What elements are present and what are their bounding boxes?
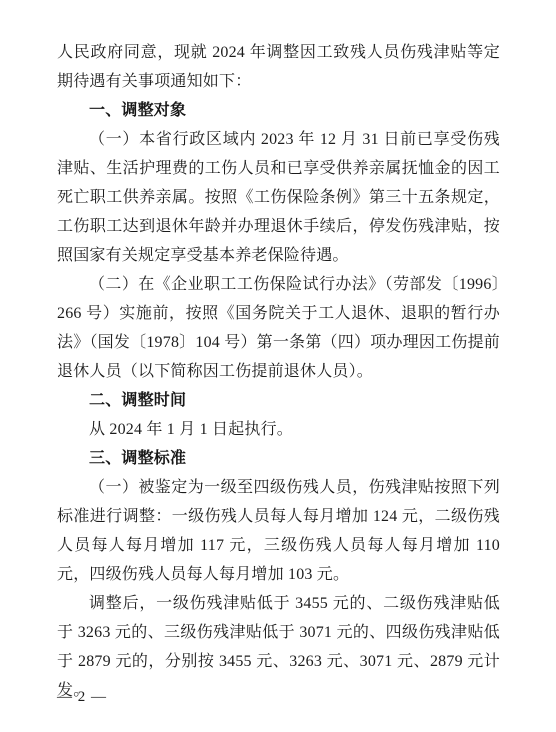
- section-1-paragraph-1: （一）本省行政区域内 2023 年 12 月 31 日前已享受伤残津贴、生活护理…: [57, 125, 500, 270]
- section-2-heading: 二、调整时间: [57, 386, 500, 415]
- document-page: 人民政府同意，现就 2024 年调整因工致残人员伤残津贴等定期待遇有关事项通知如…: [0, 0, 556, 732]
- section-3-paragraph-1: （一）被鉴定为一级至四级伤残人员，伤残津贴按照下列标准进行调整：一级伤残人员每人…: [57, 473, 500, 589]
- section-3-paragraph-2: 调整后，一级伤残津贴低于 3455 元的、二级伤残津贴低于 3263 元的、三级…: [57, 589, 500, 705]
- section-2-paragraph-1: 从 2024 年 1 月 1 日起执行。: [57, 415, 500, 444]
- document-body: 人民政府同意，现就 2024 年调整因工致残人员伤残津贴等定期待遇有关事项通知如…: [57, 38, 500, 705]
- intro-paragraph: 人民政府同意，现就 2024 年调整因工致残人员伤残津贴等定期待遇有关事项通知如…: [57, 38, 500, 96]
- section-1-paragraph-2: （二）在《企业职工工伤保险试行办法》（劳部发〔1996〕266 号）实施前，按照…: [57, 270, 500, 386]
- section-3-heading: 三、调整标准: [57, 444, 500, 473]
- page-number: — 2 —: [57, 687, 107, 707]
- section-1-heading: 一、调整对象: [57, 96, 500, 125]
